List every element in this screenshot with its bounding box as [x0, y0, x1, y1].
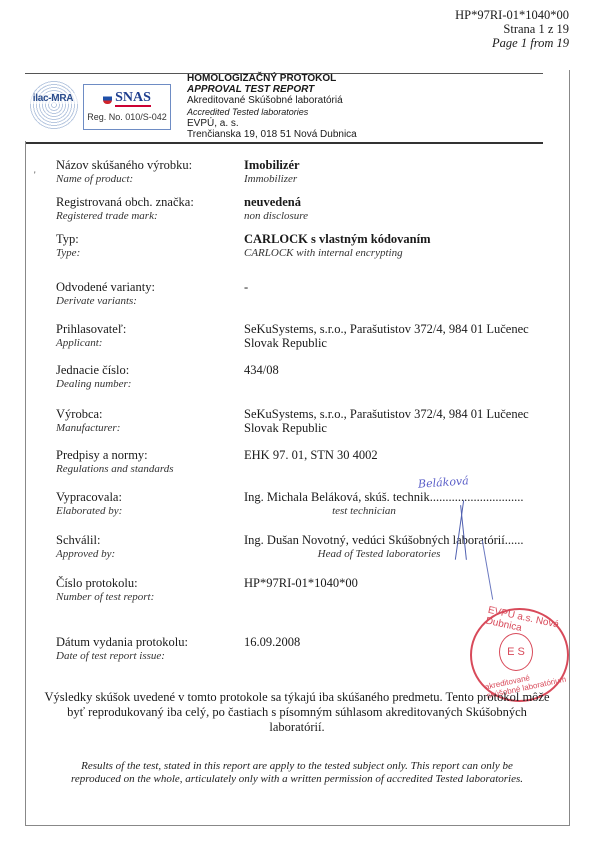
value-sk: Ing. Dušan Novotný, vedúci Skúšobných la… — [244, 533, 505, 547]
value-en: Head of Tested laboratories — [244, 547, 514, 561]
field-label-report-number: Číslo protokolu: Number of test report: — [56, 576, 154, 604]
field-label-regulations: Predpisy a normy: Regulations and standa… — [56, 448, 174, 476]
value-en: non disclosure — [244, 209, 308, 223]
value-sk: EHK 97. 01, STN 30 4002 — [244, 448, 378, 462]
letterhead: ilac-MRA SNAS Reg. No. 010/S-042 HOMOLOG… — [25, 73, 543, 144]
value-sk: - — [244, 280, 248, 294]
label-sk: Jednacie číslo: — [56, 363, 131, 377]
field-label-type: Typ: Type: — [56, 232, 80, 260]
label-sk: Vypracovala: — [56, 490, 122, 504]
ilac-mra-logo-text: ilac-MRA — [26, 93, 80, 104]
value-sk: CARLOCK s vlastným kódovaním — [244, 232, 431, 246]
value-line2: Slovak Republic — [244, 421, 529, 435]
label-sk: Prihlasovateľ: — [56, 322, 126, 336]
field-value-manufacturer: SeKuSystems, s.r.o., Parašutistov 372/4,… — [244, 407, 529, 435]
page-header: HP*97RI-01*1040*00 Strana 1 z 19 Page 1 … — [455, 8, 569, 50]
value-sk: neuvedená — [244, 195, 308, 209]
field-value-report-number: HP*97RI-01*1040*00 — [244, 576, 358, 590]
snas-logo: SNAS Reg. No. 010/S-042 — [83, 84, 171, 130]
field-value-variants: - — [244, 280, 248, 294]
label-sk: Typ: — [56, 232, 80, 246]
label-en: Name of product: — [56, 172, 192, 186]
official-stamp: EVPÚ a.s. Nová Dubnica E S akreditované … — [470, 608, 569, 702]
ilac-mra-logo-icon — [29, 80, 79, 130]
field-value-applicant: SeKuSystems, s.r.o., Parašutistov 372/4,… — [244, 322, 529, 350]
label-en: Manufacturer: — [56, 421, 120, 435]
frame-right — [569, 70, 570, 825]
snas-reg-number: Reg. No. 010/S-042 — [84, 112, 170, 122]
letterhead-text: HOMOLOGIZAČNÝ PROTOKOL APPROVAL TEST REP… — [187, 73, 357, 140]
label-sk: Predpisy a normy: — [56, 448, 174, 462]
value-en: test technician — [244, 504, 484, 518]
label-sk: Dátum vydania protokolu: — [56, 635, 188, 649]
field-value-dealing-number: 434/08 — [244, 363, 279, 377]
label-en: Approved by: — [56, 547, 115, 561]
page-number-en: Page 1 from 19 — [455, 36, 569, 50]
label-sk: Schválil: — [56, 533, 115, 547]
signature-line: ...... — [505, 533, 524, 547]
field-label-variants: Odvodené varianty: Derivate variants: — [56, 280, 155, 308]
value-sk: HP*97RI-01*1040*00 — [244, 576, 358, 590]
field-label-manufacturer: Výrobca: Manufacturer: — [56, 407, 120, 435]
value-en: CARLOCK with internal encrypting — [244, 246, 431, 260]
value-line1: SeKuSystems, s.r.o., Parašutistov 372/4,… — [244, 407, 529, 421]
label-en: Registered trade mark: — [56, 209, 194, 223]
value-en: Immobilizer — [244, 172, 300, 186]
field-label-dealing-number: Jednacie číslo: Dealing number: — [56, 363, 131, 391]
field-label-approved-by: Schválil: Approved by: — [56, 533, 115, 561]
field-value-issue-date: 16.09.2008 — [244, 635, 300, 649]
label-sk: Výrobca: — [56, 407, 120, 421]
field-value-type: CARLOCK s vlastným kódovaním CARLOCK wit… — [244, 232, 431, 260]
label-en: Date of test report issue: — [56, 649, 188, 663]
snas-name: SNAS — [115, 90, 151, 107]
title-en: APPROVAL TEST REPORT — [187, 84, 357, 95]
label-en: Regulations and standards — [56, 462, 174, 476]
field-label-elaborated-by: Vypracovala: Elaborated by: — [56, 490, 122, 518]
company: EVPÚ, a. s. — [187, 118, 357, 129]
label-sk: Číslo protokolu: — [56, 576, 154, 590]
field-label-applicant: Prihlasovateľ: Applicant: — [56, 322, 126, 350]
lab-en: Accredited Tested laboratories — [187, 107, 357, 118]
field-label-trademark: Registrovaná obch. značka: Registered tr… — [56, 195, 194, 223]
value-sk: 434/08 — [244, 363, 279, 377]
frame-bottom — [25, 825, 570, 826]
stamp-es-logo-icon: E S — [499, 633, 533, 671]
label-sk: Odvodené varianty: — [56, 280, 155, 294]
field-value-product: Imobilizér Immobilizer — [244, 158, 300, 186]
disclaimer-en: Results of the test, stated in this repo… — [60, 760, 534, 786]
field-label-issue-date: Dátum vydania protokolu: Date of test re… — [56, 635, 188, 663]
field-value-approved-by: Ing. Dušan Novotný, vedúci Skúšobných la… — [244, 533, 544, 561]
title-sk: HOMOLOGIZAČNÝ PROTOKOL — [187, 73, 357, 84]
value-sk: 16.09.2008 — [244, 635, 300, 649]
value-sk: Imobilizér — [244, 158, 300, 172]
lab-sk: Akreditované Skúšobné laboratóriá — [187, 95, 357, 106]
field-label-product: Názov skúšaného výrobku: Name of product… — [56, 158, 192, 186]
address: Trenčianska 19, 018 51 Nová Dubnica — [187, 129, 357, 140]
label-en: Derivate variants: — [56, 294, 155, 308]
frame-left — [25, 141, 26, 826]
signature-line: .............................. — [430, 490, 524, 504]
value-line2: Slovak Republic — [244, 336, 529, 350]
label-en: Elaborated by: — [56, 504, 122, 518]
label-sk: Názov skúšaného výrobku: — [56, 158, 192, 172]
slovak-shield-icon — [103, 93, 112, 104]
field-value-trademark: neuvedená non disclosure — [244, 195, 308, 223]
field-value-elaborated-by: Ing. Michala Beláková, skúš. technik....… — [244, 490, 544, 518]
disclaimer-sk: Výsledky skúšok uvedené v tomto protokol… — [40, 690, 554, 735]
value-line1: SeKuSystems, s.r.o., Parašutistov 372/4,… — [244, 322, 529, 336]
label-en: Number of test report: — [56, 590, 154, 604]
label-en: Applicant: — [56, 336, 126, 350]
value-sk: Ing. Michala Beláková, skúš. technik — [244, 490, 430, 504]
label-en: Type: — [56, 246, 80, 260]
label-sk: Registrovaná obch. značka: — [56, 195, 194, 209]
margin-mark: ' — [34, 170, 36, 180]
field-value-regulations: EHK 97. 01, STN 30 4002 — [244, 448, 378, 462]
signature-belakova: Beláková — [418, 474, 470, 491]
page-number-sk: Strana 1 z 19 — [455, 22, 569, 36]
report-id: HP*97RI-01*1040*00 — [455, 8, 569, 22]
label-en: Dealing number: — [56, 377, 131, 391]
